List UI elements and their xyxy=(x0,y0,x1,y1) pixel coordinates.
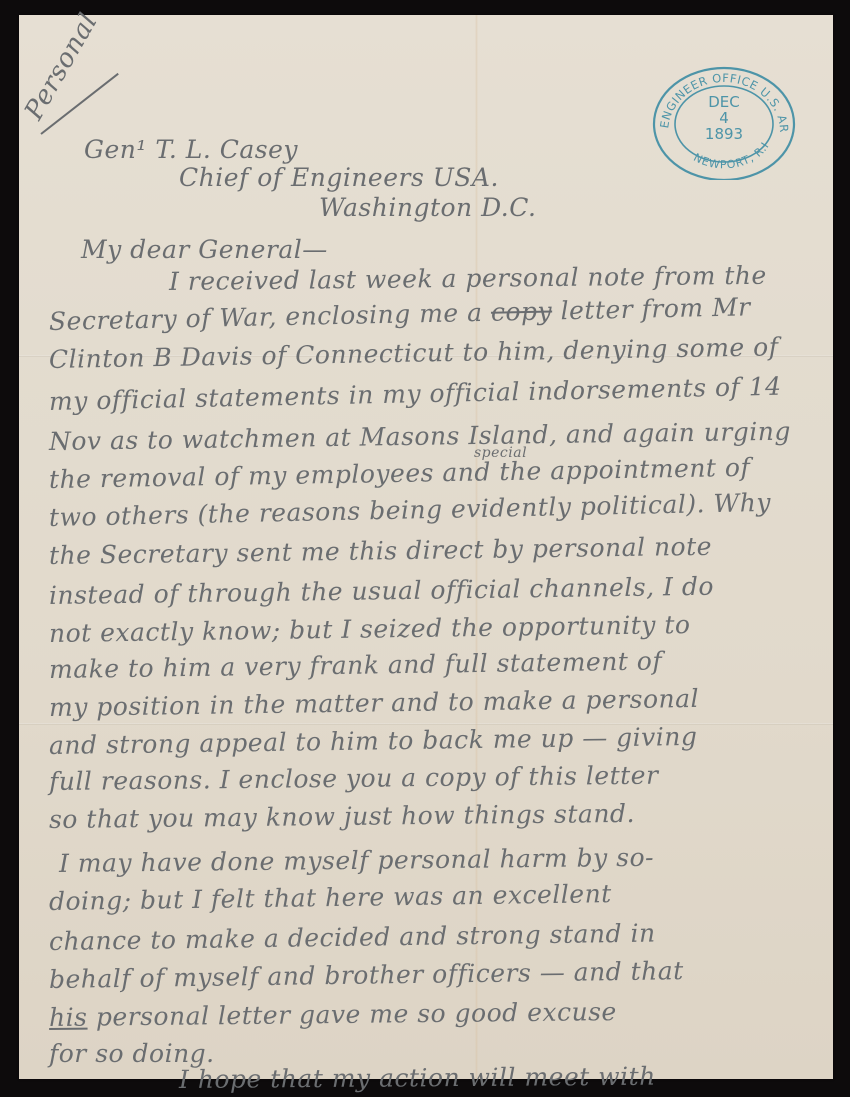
personal-annotation: Personal xyxy=(19,8,104,125)
body-line-10: not exactly know; but I seized the oppor… xyxy=(49,610,691,648)
body-line-12: my position in the matter and to make a … xyxy=(49,684,699,722)
stamp-month: DEC xyxy=(650,95,798,110)
address-line-3: Washington D.C. xyxy=(319,193,536,222)
body-line-2-tail: letter from Mr xyxy=(560,292,751,325)
body-line-22: I hope that my action will meet with xyxy=(179,1062,656,1094)
body-line-8: the Secretary sent me this direct by per… xyxy=(49,532,712,570)
address-line-2: Chief of Engineers USA. xyxy=(179,163,499,192)
letter-page: Personal ENGINEER OFFICE U.S. ARMY. NEWP… xyxy=(19,15,833,1079)
body-line-16: I may have done myself personal harm by … xyxy=(59,843,654,878)
fold-line-lower xyxy=(19,723,833,725)
body-line-11: make to him a very frank and full statem… xyxy=(49,646,663,684)
body-line-3: Clinton B Davis of Connecticut to him, d… xyxy=(49,332,779,374)
stamp-day: 4 xyxy=(650,111,798,126)
underlined-word: his xyxy=(49,1003,88,1032)
body-line-15: so that you may know just how things sta… xyxy=(49,799,635,834)
body-line-19: behalf of myself and brother officers — … xyxy=(49,956,684,994)
body-line-17: doing; but I felt that here was an excel… xyxy=(49,879,612,916)
body-line-5: Nov as to watchmen at Masons Island, and… xyxy=(49,417,791,456)
body-line-20-text: personal letter gave me so good excuse xyxy=(96,997,617,1031)
address-line-1: Gen¹ T. L. Casey xyxy=(84,135,298,164)
salutation: My dear General— xyxy=(81,235,328,264)
body-line-4: my official statements in my official in… xyxy=(49,372,782,416)
scanned-letter: Personal ENGINEER OFFICE U.S. ARMY. NEWP… xyxy=(0,0,850,1097)
body-line-6-tail: appointment of xyxy=(550,453,750,485)
body-line-18: chance to make a decided and strong stan… xyxy=(49,919,656,956)
body-line-9: instead of through the usual official ch… xyxy=(49,572,714,610)
engineer-office-stamp: ENGINEER OFFICE U.S. ARMY. NEWPORT, R.I.… xyxy=(650,62,798,180)
body-line-6-text: the removal of my employees and the xyxy=(49,456,542,494)
body-line-13: and strong appeal to him to back me up —… xyxy=(49,722,698,760)
body-line-7: two others (the reasons being evidently … xyxy=(49,488,771,532)
body-line-6: the removal of my employees and the appo… xyxy=(49,453,751,494)
body-line-2-text: Secretary of War, enclosing me a xyxy=(49,298,483,336)
body-line-2: Secretary of War, enclosing me a copy le… xyxy=(49,292,751,336)
body-line-21: for so doing. xyxy=(49,1039,215,1068)
body-line-14: full reasons. I enclose you a copy of th… xyxy=(49,761,659,796)
stamp-year: 1893 xyxy=(650,127,798,142)
body-line-1: I received last week a personal note fro… xyxy=(169,261,767,296)
body-line-20: his personal letter gave me so good excu… xyxy=(49,997,617,1032)
struck-word: copy xyxy=(491,296,553,326)
